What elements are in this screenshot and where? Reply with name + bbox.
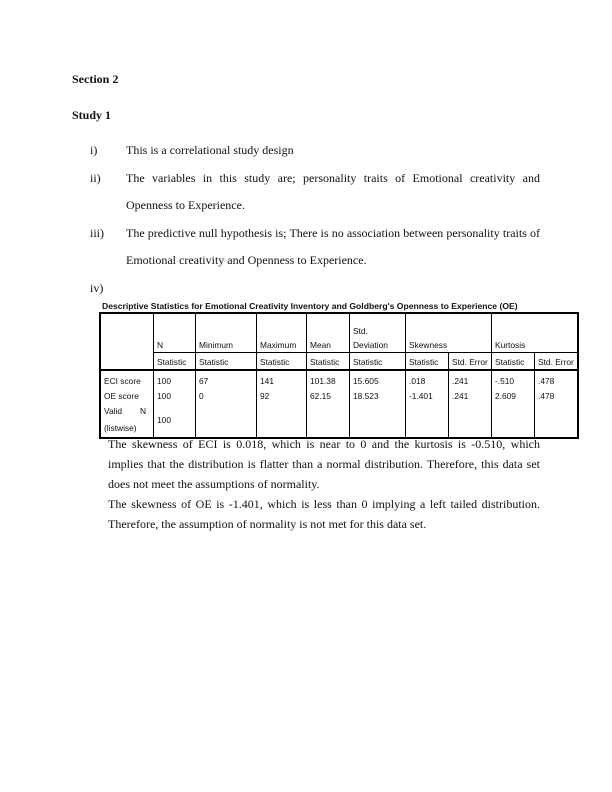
row-label: ValidN (listwise): [100, 403, 154, 438]
cell: 18.523: [350, 389, 406, 403]
subheader-cell: Statistic: [406, 353, 449, 371]
subheader-cell: Statistic: [307, 353, 350, 371]
cell: 141: [257, 370, 307, 389]
subheader-cell: Statistic: [350, 353, 406, 371]
interpretation-text: The skewness of ECI is 0.018, which is n…: [108, 434, 540, 534]
table-stub-header: [100, 313, 154, 370]
table-header-row: N Minimum Maximum Mean Std. Deviation Sk…: [100, 313, 578, 353]
header-mean: Mean: [307, 313, 350, 353]
list-marker: iii): [90, 220, 104, 247]
cell: .241: [449, 389, 492, 403]
subheader-cell: Statistic: [154, 353, 196, 371]
cell: 15.605: [350, 370, 406, 389]
subheader-cell: Statistic: [492, 353, 535, 371]
row-label: OE score: [100, 389, 154, 403]
row-label-part: Valid: [104, 403, 122, 420]
cell: 100: [154, 370, 196, 389]
descriptive-statistics-table: N Minimum Maximum Mean Std. Deviation Sk…: [99, 312, 579, 439]
study-heading: Study 1: [72, 108, 111, 123]
cell: .478: [535, 389, 579, 403]
row-label-part: N: [140, 403, 146, 420]
cell: .241: [449, 370, 492, 389]
paragraph-eci: The skewness of ECI is 0.018, which is n…: [108, 434, 540, 494]
cell: 2.609: [492, 389, 535, 403]
cell: [535, 403, 579, 438]
cell: 62.15: [307, 389, 350, 403]
section-heading: Section 2: [72, 72, 118, 87]
list-item: iii) The predictive null hypothesis is; …: [90, 220, 540, 274]
list-marker: i): [90, 137, 97, 164]
table-row: OE score 100 0 92 62.15 18.523 -1.401 .2…: [100, 389, 578, 403]
cell: [406, 403, 449, 438]
cell: 101.38: [307, 370, 350, 389]
list-text: The variables in this study are; persona…: [126, 165, 540, 219]
header-n: N: [154, 313, 196, 353]
cell: 0: [196, 389, 257, 403]
table-row: ValidN (listwise) 100: [100, 403, 578, 438]
cell: [196, 403, 257, 438]
row-label: ECI score: [100, 370, 154, 389]
list-marker: ii): [90, 165, 101, 192]
cell: [449, 403, 492, 438]
header-skewness: Skewness: [406, 313, 492, 353]
cell: 100: [154, 389, 196, 403]
subheader-cell: Statistic: [196, 353, 257, 371]
cell: -.510: [492, 370, 535, 389]
cell: [492, 403, 535, 438]
cell: .478: [535, 370, 579, 389]
list-marker: iv): [90, 275, 103, 302]
header-std-line1: Std.: [353, 323, 402, 340]
cell: [257, 403, 307, 438]
list-text: The predictive null hypothesis is; There…: [126, 220, 540, 274]
list-text: This is a correlational study design: [126, 137, 540, 164]
cell: -1.401: [406, 389, 449, 403]
cell: [307, 403, 350, 438]
header-maximum: Maximum: [257, 313, 307, 353]
paragraph-oe: The skewness of OE is -1.401, which is l…: [108, 494, 540, 534]
header-std-line2: Deviation: [353, 340, 402, 350]
cell: 67: [196, 370, 257, 389]
table-subheader-row: Statistic Statistic Statistic Statistic …: [100, 353, 578, 371]
subheader-cell: Std. Error: [449, 353, 492, 371]
header-minimum: Minimum: [196, 313, 257, 353]
cell: 100: [154, 403, 196, 438]
cell: 92: [257, 389, 307, 403]
cell: .018: [406, 370, 449, 389]
list-item: ii) The variables in this study are; per…: [90, 165, 540, 219]
list-item: i) This is a correlational study design: [90, 137, 540, 164]
table-row: ECI score 100 67 141 101.38 15.605 .018 …: [100, 370, 578, 389]
cell: [350, 403, 406, 438]
subheader-cell: Std. Error: [535, 353, 579, 371]
table-caption: Descriptive Statistics for Emotional Cre…: [102, 301, 518, 311]
subheader-cell: Statistic: [257, 353, 307, 371]
header-std-deviation: Std. Deviation: [350, 313, 406, 353]
header-kurtosis: Kurtosis: [492, 313, 579, 353]
